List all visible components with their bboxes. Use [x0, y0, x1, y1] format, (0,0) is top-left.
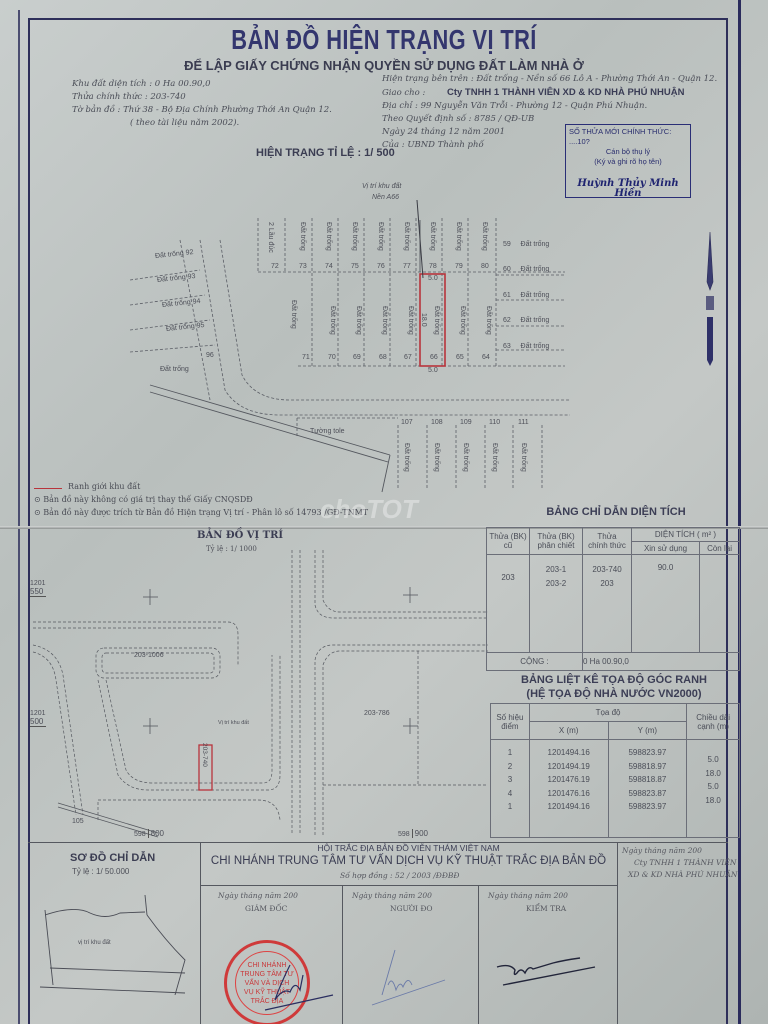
- lot-107-label: Đất trống: [403, 443, 410, 472]
- lot-64-number: 64: [482, 354, 490, 361]
- index-map-title: SƠ ĐỒ CHỈ DẪN: [70, 852, 155, 864]
- director-label: GIÁM ĐỐC: [245, 904, 287, 913]
- company-line1: Cty TNHH 1 THÀNH VIÊN: [634, 858, 736, 867]
- lot-74-number: 74: [325, 263, 333, 270]
- parcel-203-740: 203-740: [201, 743, 208, 767]
- lot-69-label: Đất trống: [355, 306, 362, 335]
- coord-table-title: BẢNG LIỆT KÊ TỌA ĐỘ GÓC RANH (HỆ TỌA ĐỘ …: [488, 673, 740, 701]
- checker-signature-icon: [495, 955, 605, 995]
- dim-width-top: 5.0: [428, 275, 438, 282]
- parcel-203-1006: 203-1006: [134, 652, 164, 659]
- lot-111-label: Đất trống: [520, 443, 527, 472]
- footer-vdivider4: [478, 885, 479, 1024]
- boundary-line-legend-icon: [34, 488, 62, 489]
- checker-label: KIỂM TRA: [526, 904, 566, 913]
- info-address: Địa chỉ : 99 Nguyễn Văn Trỗi - Phường 12…: [382, 100, 717, 113]
- area-table: Thửa (BK)cũ Thửa (BK)phân chiết Thửachín…: [486, 527, 740, 671]
- lot-78-label: Đất trống: [429, 222, 436, 251]
- lot-61: 61 Đất trống: [503, 292, 549, 299]
- director-signature-icon: [255, 960, 335, 1015]
- parcel-105: 105: [72, 818, 84, 825]
- dim-width-bottom: 5.0: [428, 367, 438, 374]
- location-callout: Vị trí khu đất: [218, 720, 249, 726]
- footer-vdivider1: [200, 842, 201, 1024]
- lot-59: 59 Đất trống: [503, 241, 549, 248]
- info-assigned-label: Giao cho :: [382, 88, 425, 98]
- lot-79-number: 79: [455, 263, 463, 270]
- location-map-title: BẢN ĐỒ VỊ TRÍ: [197, 530, 283, 541]
- area-table-row: 203 203-1203-2 203-740203 90.0: [487, 555, 740, 653]
- watermark: choTOT: [320, 494, 418, 525]
- wall-label: Tường tole: [310, 428, 345, 435]
- lot-60: 60 Đất trống: [503, 266, 549, 273]
- footer-vdivider3: [342, 885, 343, 1024]
- lot-66-label: Đất trống: [433, 306, 440, 335]
- stamp-line3: (Ký và ghi rõ họ tên): [566, 157, 690, 167]
- lot-70-number: 70: [328, 354, 336, 361]
- info-current-state: Hiện trạng bên trên : Đất trống - Nền số…: [382, 73, 717, 86]
- company-line2: XD & KD NHÀ PHÚ NHUẬN: [628, 870, 737, 879]
- lot-63: 63 Đất trống: [503, 343, 549, 350]
- footer-vdivider2: [617, 842, 618, 1024]
- stamp-line2: Cán bộ thụ lý: [566, 147, 690, 157]
- stamp-signature: Huỳnh Thủy Minh Hiền: [566, 179, 690, 199]
- lot-78-number: 78: [429, 263, 437, 270]
- info-source: ( theo tài liệu năm 2002).: [72, 117, 332, 130]
- footer-contract: Số hợp đồng : 52 / 2003 /ĐĐBĐ: [340, 871, 459, 880]
- index-map-drawing: [35, 895, 195, 995]
- lot-80-number: 80: [481, 263, 489, 270]
- lot-79-label: Đất trống: [455, 222, 462, 251]
- lot-110-label: Đất trống: [491, 443, 498, 472]
- lot-75-number: 75: [351, 263, 359, 270]
- info-map-sheet: Tờ bản đồ : Thứ 38 - Bộ Địa Chính Phường…: [72, 104, 332, 117]
- lot-69-number: 69: [353, 354, 361, 361]
- document-title: BẢN ĐỒ HIỆN TRẠNG VỊ TRÍ: [84, 24, 683, 56]
- north-arrow-icon: [702, 232, 718, 368]
- lot-73-label: Đất trống: [299, 222, 306, 251]
- lot-62: 62 Đất trống: [503, 317, 549, 324]
- lot-73-number: 73: [299, 263, 307, 270]
- lot-67-label: Đất trống: [407, 306, 414, 335]
- legend-note1: ⊙ Bản đồ này không có giá trị thay thế G…: [34, 495, 253, 504]
- footer-org2: CHI NHÁNH TRUNG TÂM TƯ VẤN DỊCH VỤ KỸ TH…: [200, 855, 617, 867]
- lot-70-label: Đất trống: [329, 306, 336, 335]
- lot-76-label: Đất trống: [377, 222, 384, 251]
- info-area: Khu đất diện tích : 0 Ha 00.90,0: [72, 78, 332, 91]
- surveyor-date: Ngày tháng năm 200: [352, 891, 432, 900]
- lot-65-label: Đất trống: [459, 306, 466, 335]
- lot-77-number: 77: [403, 263, 411, 270]
- surveyor-label: NGƯỜI ĐO: [390, 904, 433, 913]
- lot-76-number: 76: [377, 263, 385, 270]
- lot-108-number: 108: [431, 419, 443, 426]
- lot-68-label: Đất trống: [381, 306, 388, 335]
- info-official-parcel: Thửa chính thức : 203-740: [72, 91, 332, 104]
- lot-77-label: Đất trống: [403, 222, 410, 251]
- grid-label-top: 1201550: [30, 580, 46, 597]
- lot-109-label: Đất trống: [462, 443, 469, 472]
- stamp-line1: SỐ THỬA MỚI CHÍNH THỨC: ....10?: [566, 127, 690, 147]
- area-header: DIỆN TÍCH ( m² ): [632, 528, 740, 542]
- info-assigned-to: Cty TNHH 1 THÀNH VIÊN XD & KD NHÀ PHÚ NH…: [447, 87, 685, 98]
- parcel-203-786: 203-786: [364, 710, 390, 717]
- lot-72-label: 2 Lầu đúc: [267, 222, 274, 253]
- lot-66-number: 66: [430, 354, 438, 361]
- legend-boundary: Ranh giới khu đất: [68, 482, 140, 491]
- dim-length: 18.0: [420, 313, 427, 327]
- area-total-row: CỘNG : 0 Ha 00.90,0: [487, 653, 740, 671]
- coordinate-rows: 12341 1201494.161201494.191201476.191201…: [491, 740, 740, 838]
- lot-71-number: 71: [302, 354, 310, 361]
- lot-67-number: 67: [404, 354, 412, 361]
- surveyor-signature-icon: [370, 945, 460, 1015]
- company-date: Ngày tháng năm 200: [622, 846, 702, 855]
- lot-108-label: Đất trống: [433, 443, 440, 472]
- legend-note2: ⊙ Bản đồ này được trích từ Bản đồ Hiện t…: [34, 508, 368, 517]
- lot-64-label: Đất trống: [485, 306, 492, 335]
- lot-75-label: Đất trống: [351, 222, 358, 251]
- footer-divider2: [200, 885, 617, 886]
- lot-71-label: Đất trống: [290, 300, 297, 329]
- document-subtitle: ĐỂ LẬP GIẤY CHỨNG NHẬN QUYỀN SỬ DỤNG ĐẤT…: [0, 58, 768, 73]
- grid-label-bottom1: 598 800: [134, 829, 164, 838]
- lot-96-label: Đất trống: [160, 366, 189, 373]
- director-date: Ngày tháng năm 200: [218, 891, 298, 900]
- callout-line1: Vị trí khu đất: [362, 183, 401, 190]
- outer-border-left: [18, 10, 20, 1024]
- grid-label-mid: 1201500: [30, 710, 46, 727]
- footer-org1: HỘI TRẮC ĐỊA BẢN ĐỒ VIỄN THÁM VIỆT NAM: [200, 843, 617, 853]
- coordinate-table: Số hiệuđiểm Tọa độ Chiều dàicạnh (m) X (…: [490, 703, 740, 838]
- official-stamp-box: SỐ THỬA MỚI CHÍNH THỨC: ....10? Cán bộ t…: [565, 124, 691, 198]
- location-map-drawing: [28, 545, 488, 845]
- area-table-title: BẢNG CHỈ DẪN DIỆN TÍCH: [488, 506, 744, 518]
- lot-109-number: 109: [460, 419, 472, 426]
- index-map-scale: Tỷ lệ : 1/ 50.000: [72, 867, 129, 876]
- lot-65-number: 65: [456, 354, 464, 361]
- lot-96-number: 96: [206, 352, 214, 359]
- main-map-title: HIỆN TRẠNG TỈ LỆ : 1/ 500: [256, 147, 395, 159]
- lot-72-number: 72: [271, 263, 279, 270]
- lot-107-number: 107: [401, 419, 413, 426]
- lot-68-number: 68: [379, 354, 387, 361]
- lot-111-number: 111: [518, 419, 529, 426]
- info-left: Khu đất diện tích : 0 Ha 00.90,0 Thửa ch…: [72, 78, 332, 130]
- checker-date: Ngày tháng năm 200: [488, 891, 568, 900]
- lot-110-number: 110: [489, 419, 500, 426]
- lot-74-label: Đất trống: [325, 222, 332, 251]
- index-map-label: vị trí khu đất: [78, 940, 111, 946]
- grid-label-bottom2: 598 900: [398, 829, 428, 838]
- lot-80-label: Đất trống: [481, 222, 488, 251]
